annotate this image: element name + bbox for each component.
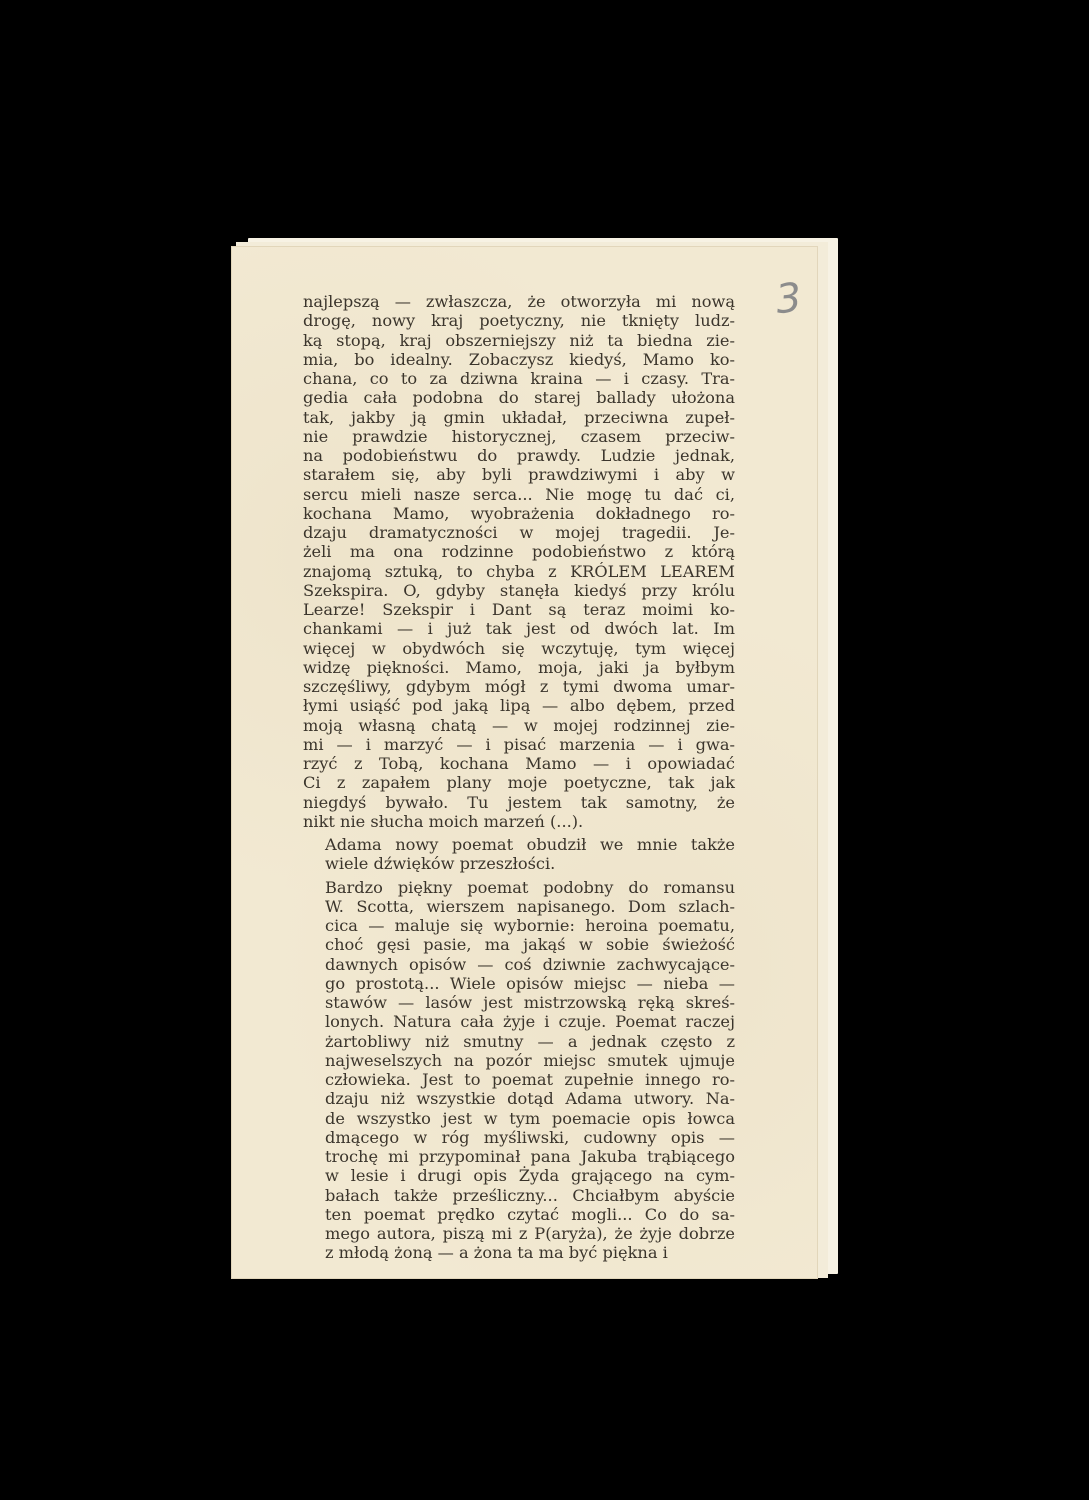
text-line: cica — maluje się wybornie: heroina poem… bbox=[303, 916, 735, 935]
text-line: dzaju niż wszystkie dotąd Adama utwory. … bbox=[303, 1089, 735, 1108]
text-line: więcej w obydwóch się wczytuję, tym więc… bbox=[303, 639, 735, 658]
text-line: W. Scotta, wierszem napisanego. Dom szla… bbox=[303, 897, 735, 916]
text-line: Learze! Szekspir i Dant są teraz moimi k… bbox=[303, 600, 735, 619]
text-line: Ci z zapałem plany moje poetyczne, tak j… bbox=[303, 773, 735, 792]
text-line: dmącego w róg myśliwski, cudowny opis — bbox=[303, 1128, 735, 1147]
text-line: Bardzo piękny poemat podobny do romansu bbox=[303, 878, 735, 897]
text-line: de wszystko jest w tym poemacie opis łow… bbox=[303, 1109, 735, 1128]
text-line: człowieka. Jest to poemat zupełnie inneg… bbox=[303, 1070, 735, 1089]
text-line: nikt nie słucha moich marzeń (...). bbox=[303, 812, 735, 831]
text-line: choć gęsi pasie, ma jakąś w sobie świeżo… bbox=[303, 935, 735, 954]
text-line: Szekspira. O, gdyby stanęła kiedyś przy … bbox=[303, 581, 735, 600]
text-line: Adama nowy poemat obudził we mnie także bbox=[303, 835, 735, 854]
letter-text: najlepszą — zwłaszcza, że otworzyła mi n… bbox=[303, 292, 735, 1263]
text-line: bałach także prześliczny... Chciałbym ab… bbox=[303, 1186, 735, 1205]
text-line: mia, bo idealny. Zobaczysz kiedyś, Mamo … bbox=[303, 350, 735, 369]
text-line: go prostotą... Wiele opisów miejsc — nie… bbox=[303, 974, 735, 993]
text-line: trochę mi przypominał pana Jakuba trąbią… bbox=[303, 1147, 735, 1166]
text-line: dawnych opisów — coś dziwnie zachwycając… bbox=[303, 955, 735, 974]
text-line: drogę, nowy kraj poetyczny, nie tknięty … bbox=[303, 311, 735, 330]
text-line: z młodą żoną — a żona ta ma być piękna i bbox=[303, 1243, 735, 1262]
text-line: wiele dźwięków przeszłości. bbox=[303, 854, 735, 873]
paragraph-2: Adama nowy poemat obudził we mnie takżew… bbox=[303, 835, 735, 874]
text-line: chana, co to za dziwna kraina — i czasy.… bbox=[303, 369, 735, 388]
text-line: stawów — lasów jest mistrzowską ręką skr… bbox=[303, 993, 735, 1012]
document-page: 3 najlepszą — zwłaszcza, że otworzyła mi… bbox=[231, 246, 818, 1279]
text-line: w lesie i drugi opis Żyda grającego na c… bbox=[303, 1166, 735, 1185]
text-line: dzaju dramatyczności w mojej tragedii. J… bbox=[303, 523, 735, 542]
text-line: żeli ma ona rodzinne podobieństwo z któr… bbox=[303, 542, 735, 561]
paragraph-3: Bardzo piękny poemat podobny do romansuW… bbox=[303, 878, 735, 1263]
text-line: moją własną chatą — w mojej rodzinnej zi… bbox=[303, 716, 735, 735]
text-line: mego autora, piszą mi z P(aryża), że żyj… bbox=[303, 1224, 735, 1243]
text-line: szczęśliwy, gdybym mógł z tymi dwoma uma… bbox=[303, 677, 735, 696]
text-line: rzyć z Tobą, kochana Mamo — i opowiadać bbox=[303, 754, 735, 773]
text-line: tak, jakby ją gmin układał, przeciwna zu… bbox=[303, 408, 735, 427]
text-line: na podobieństwu do prawdy. Ludzie jednak… bbox=[303, 446, 735, 465]
text-line: najlepszą — zwłaszcza, że otworzyła mi n… bbox=[303, 292, 735, 311]
text-line: najweselszych na pozór miejsc smutek ujm… bbox=[303, 1051, 735, 1070]
text-line: gedia cała podobna do starej ballady uło… bbox=[303, 388, 735, 407]
text-line: znajomą sztuką, to chyba z KRÓLEM LEAREM bbox=[303, 562, 735, 581]
text-line: widzę piękności. Mamo, moja, jaki ja był… bbox=[303, 658, 735, 677]
text-line: niegdyś bywało. Tu jestem tak samotny, ż… bbox=[303, 793, 735, 812]
handwritten-page-number: 3 bbox=[774, 275, 804, 323]
text-line: starałem się, aby byli prawdziwymi i aby… bbox=[303, 465, 735, 484]
text-line: łymi usiąść pod jaką lipą — albo dębem, … bbox=[303, 696, 735, 715]
text-line: mi — i marzyć — i pisać marzenia — i gwa… bbox=[303, 735, 735, 754]
text-line: chankami — i już tak jest od dwóch lat. … bbox=[303, 619, 735, 638]
text-line: lonych. Natura cała żyje i czuje. Poemat… bbox=[303, 1012, 735, 1031]
text-line: nie prawdzie historycznej, czasem przeci… bbox=[303, 427, 735, 446]
text-line: żartobliwy niż smutny — a jednak często … bbox=[303, 1032, 735, 1051]
text-line: kochana Mamo, wyobrażenia dokładnego ro- bbox=[303, 504, 735, 523]
text-line: ką stopą, kraj obszerniejszy niż ta bied… bbox=[303, 331, 735, 350]
paragraph-1: najlepszą — zwłaszcza, że otworzyła mi n… bbox=[303, 292, 735, 831]
text-line: ten poemat prędko czytać mogli... Co do … bbox=[303, 1205, 735, 1224]
text-line: sercu mieli nasze serca... Nie mogę tu d… bbox=[303, 485, 735, 504]
